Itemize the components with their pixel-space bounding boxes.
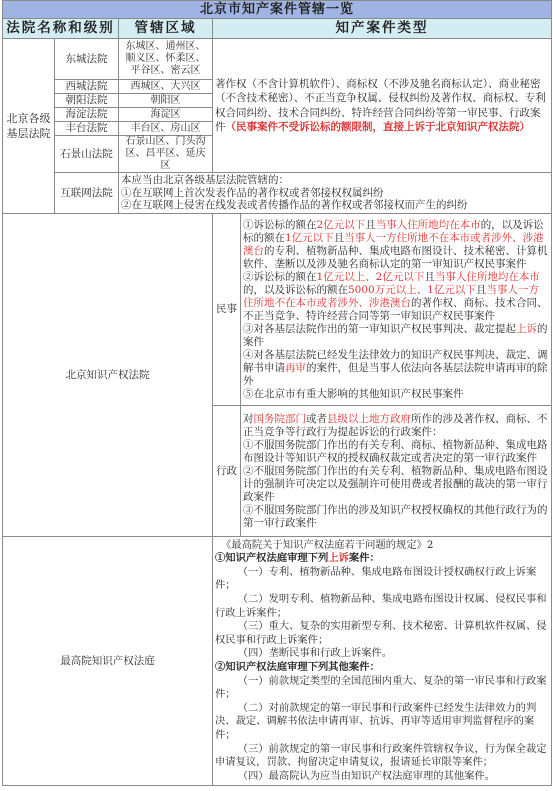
part1-pre: ①知识产权法庭审理下列 xyxy=(215,552,328,564)
court-region: 海淀区 xyxy=(119,108,213,122)
case-text: ②不服国务院部门作出的有关专利、植物新品种、集成电路布图设计的强制许可决定以及强… xyxy=(243,465,548,503)
internet-line: 本应当由北京各级基层法院管辖的： xyxy=(121,174,549,187)
jurisdiction-sheet: 北京市知产案件管辖一览 法院名称和级别 管辖区域 知产案件类型 北京各级基层法院… xyxy=(2,0,551,786)
highlight-text: 县级以上地方政府 xyxy=(327,413,411,425)
case-text: 或者 xyxy=(306,413,327,425)
court-region: 朝阳区 xyxy=(119,94,213,108)
part2-item: （二）对前款规定的第一审民事和行政案件已经发生法律效力的判决、裁定、调解书依法申… xyxy=(215,702,549,743)
title-row: 北京市知产案件管辖一览 xyxy=(3,1,552,19)
supreme-court-cases: 《最高院关于知识产权法庭若干问题的规定》2 ①知识产权法庭审理下列上诉案件： （… xyxy=(213,537,552,786)
header-region: 管辖区域 xyxy=(119,19,213,39)
court-name: 石景山法院 xyxy=(55,136,119,173)
court-row-internet: 互联网法院 本应当由北京各级基层法院管辖的： ①在互联网上首次发表作品的著作权或… xyxy=(3,173,552,214)
header-court: 法院名称和级别 xyxy=(3,19,119,39)
jurisdiction-table: 北京市知产案件管辖一览 法院名称和级别 管辖区域 知产案件类型 北京各级基层法院… xyxy=(2,0,552,786)
court-region: 丰台区、房山区 xyxy=(119,122,213,136)
supreme-source: 《最高院关于知识产权法庭若干问题的规定》2 xyxy=(215,539,549,553)
case-item: ④对各基层法院已经发生法律效力的知识产权民事判决、裁定、调解书申请再审的案件，但… xyxy=(243,349,549,388)
case-text: 且 xyxy=(334,232,345,244)
part1-item: （四）垄断民事和行政上诉案件。 xyxy=(215,647,549,661)
supreme-court-name: 最高院知识产权法庭 xyxy=(3,537,213,786)
part1-item: （一）专利、植物新品种、集成电路布图设计授权确权行政上诉案件； xyxy=(215,566,549,593)
highlight-text: 1亿元以下 xyxy=(285,232,334,244)
case-text: 对 xyxy=(243,413,254,425)
basic-case-types-note: （民事案件不受诉讼标的额限制，直接上诉于北京知识产权法院） xyxy=(226,121,531,133)
case-text: 且 xyxy=(424,271,435,283)
court-region: 东城区、通州区、顺义区、怀柔区、平谷区、密云区 xyxy=(119,39,213,80)
internet-line: ②在互联网上侵害在线发表或者传播作品的著作权或者邻接权而产生的纠纷 xyxy=(121,199,549,212)
case-item: ③不服国务院部门作出的涉及知识产权授权确权的其他行政行为的第一审行政案件 xyxy=(243,504,549,530)
sheet-title: 北京市知产案件管辖一览 xyxy=(3,1,552,19)
highlight-text: 5000万元以上、1亿元以下 xyxy=(348,284,476,296)
part1-item: （二）发明专利、植物新品种、集成电路布图设计权属、侵权民事和行政上诉案件； xyxy=(215,593,549,620)
header-row: 法院名称和级别 管辖区域 知产案件类型 xyxy=(3,19,552,39)
civil-case-list: ①诉讼标的额在2亿元以下且当事人住所地均在本市的，以及诉讼标的额在1亿元以下且当… xyxy=(241,214,552,406)
court-name: 丰台法院 xyxy=(55,122,119,136)
supreme-part2-title: ②知识产权法庭审理下列其他案件： xyxy=(215,661,549,675)
case-text: 的专利、植物新品种、集成电路布图设计、技术秘密、计算机软件、垄断以及涉及驰名商标… xyxy=(243,245,548,270)
ip-court-name-text: 北京知识产权法院 xyxy=(66,369,150,381)
case-text: ③不服国务院部门作出的涉及知识产权授权确权的其他行政行为的第一审行政案件 xyxy=(243,504,548,529)
header-case-types: 知产案件类型 xyxy=(213,19,552,39)
case-text: 的，以及诉讼标的额在 xyxy=(243,284,348,296)
court-region: 西城区、大兴区 xyxy=(119,80,213,94)
part2-item: （四）最高院认为应当由知识产权法庭审理的其他案件。 xyxy=(215,770,549,784)
basic-case-types: 著作权（不含计算机软件）、商标权（不涉及驰名商标认定）、商业秘密（不含技术秘密）… xyxy=(213,39,552,173)
highlight-text: 国务院部门 xyxy=(254,413,307,425)
supreme-part1-title: ①知识产权法庭审理下列上诉案件： xyxy=(215,552,549,566)
highlight-text: 2亿元以下 xyxy=(317,219,366,231)
ip-court-civil-row: 北京知识产权法院 民事 ①诉讼标的额在2亿元以下且当事人住所地均在本市的，以及诉… xyxy=(3,214,552,406)
part1-post: 案件： xyxy=(349,552,380,564)
case-text: 且 xyxy=(365,219,376,231)
case-item: 对国务院部门或者县级以上地方政府所作的涉及著作权、商标、不正当竞争等行政行为提起… xyxy=(243,413,549,439)
highlight-text: 当事人住所地均在本市 xyxy=(376,219,481,231)
court-region: 石景山区、门头沟区、昌平区、延庆区 xyxy=(119,136,213,173)
case-text: ①诉讼标的额在 xyxy=(243,219,317,231)
case-item: ②不服国务院部门作出的有关专利、植物新品种、集成电路布图设计的强制许可决定以及强… xyxy=(243,465,549,504)
highlight-text: 上诉 xyxy=(516,323,537,335)
civil-label: 民事 xyxy=(213,214,241,406)
internet-court-cases: 本应当由北京各级基层法院管辖的： ①在互联网上首次发表作品的著作权或者邻接权权属… xyxy=(119,173,552,214)
court-name: 海淀法院 xyxy=(55,108,119,122)
highlight-text: 当事人住所地均在本市 xyxy=(435,271,540,283)
case-text: ⑤在北京市有重大影响的其他知识产权民事案件 xyxy=(243,388,464,400)
part2-item: （一）前款规定类型的全国范围内重大、复杂的第一审民事和行政案件； xyxy=(215,675,549,702)
case-item: ①诉讼标的额在2亿元以下且当事人住所地均在本市的，以及诉讼标的额在1亿元以下且当… xyxy=(243,219,549,271)
highlight-text: 1亿元以上、2亿元以下 xyxy=(317,271,425,283)
court-name: 东城法院 xyxy=(55,39,119,80)
court-row-dongcheng: 北京各级基层法院 东城法院 东城区、通州区、顺义区、怀柔区、平谷区、密云区 著作… xyxy=(3,39,552,80)
case-text: ②诉讼标的额在 xyxy=(243,271,317,283)
case-text: ①不服国务院部门作出的有关专利、商标、植物新品种、集成电路布图设计等知识产权的授… xyxy=(243,439,548,464)
basic-court-level: 北京各级基层法院 xyxy=(3,39,55,214)
case-text: ③对各基层法院作出的第一审知识产权民事判决、裁定提起 xyxy=(243,323,516,335)
internet-court-name: 互联网法院 xyxy=(55,173,119,214)
part1-red: 上诉 xyxy=(328,552,349,564)
admin-label: 行政 xyxy=(213,406,241,537)
case-item: ③对各基层法院作出的第一审知识产权民事判决、裁定提起上诉的案件 xyxy=(243,323,549,349)
admin-case-list: 对国务院部门或者县级以上地方政府所作的涉及著作权、商标、不正当竞争等行政行为提起… xyxy=(241,406,552,537)
part2-item: （三）前款规定的第一审民事和行政案件管辖权争议，行为保全裁定申请复议，罚款、拘留… xyxy=(215,743,549,770)
supreme-court-row: 最高院知识产权法庭 《最高院关于知识产权法庭若干问题的规定》2 ①知识产权法庭审… xyxy=(3,537,552,786)
court-name: 西城法院 xyxy=(55,80,119,94)
ip-court-name: 北京知识产权法院 xyxy=(3,214,213,537)
case-text: 且 xyxy=(476,284,487,296)
case-item: ②诉讼标的额在1亿元以上、2亿元以下且当事人住所地均在本市的，以及诉讼标的额在5… xyxy=(243,271,549,323)
case-item: ⑤在北京市有重大影响的其他知识产权民事案件 xyxy=(243,388,549,401)
court-name: 朝阳法院 xyxy=(55,94,119,108)
case-item: ①不服国务院部门作出的有关专利、商标、植物新品种、集成电路布图设计等知识产权的授… xyxy=(243,439,549,465)
part1-item: （三）重大、复杂的实用新型专利、技术秘密、计算机软件权属、侵权民事和行政上诉案件… xyxy=(215,620,549,647)
internet-line: ①在互联网上首次发表作品的著作权或者邻接权权属纠纷 xyxy=(121,187,549,200)
highlight-text: 再审 xyxy=(285,362,306,374)
